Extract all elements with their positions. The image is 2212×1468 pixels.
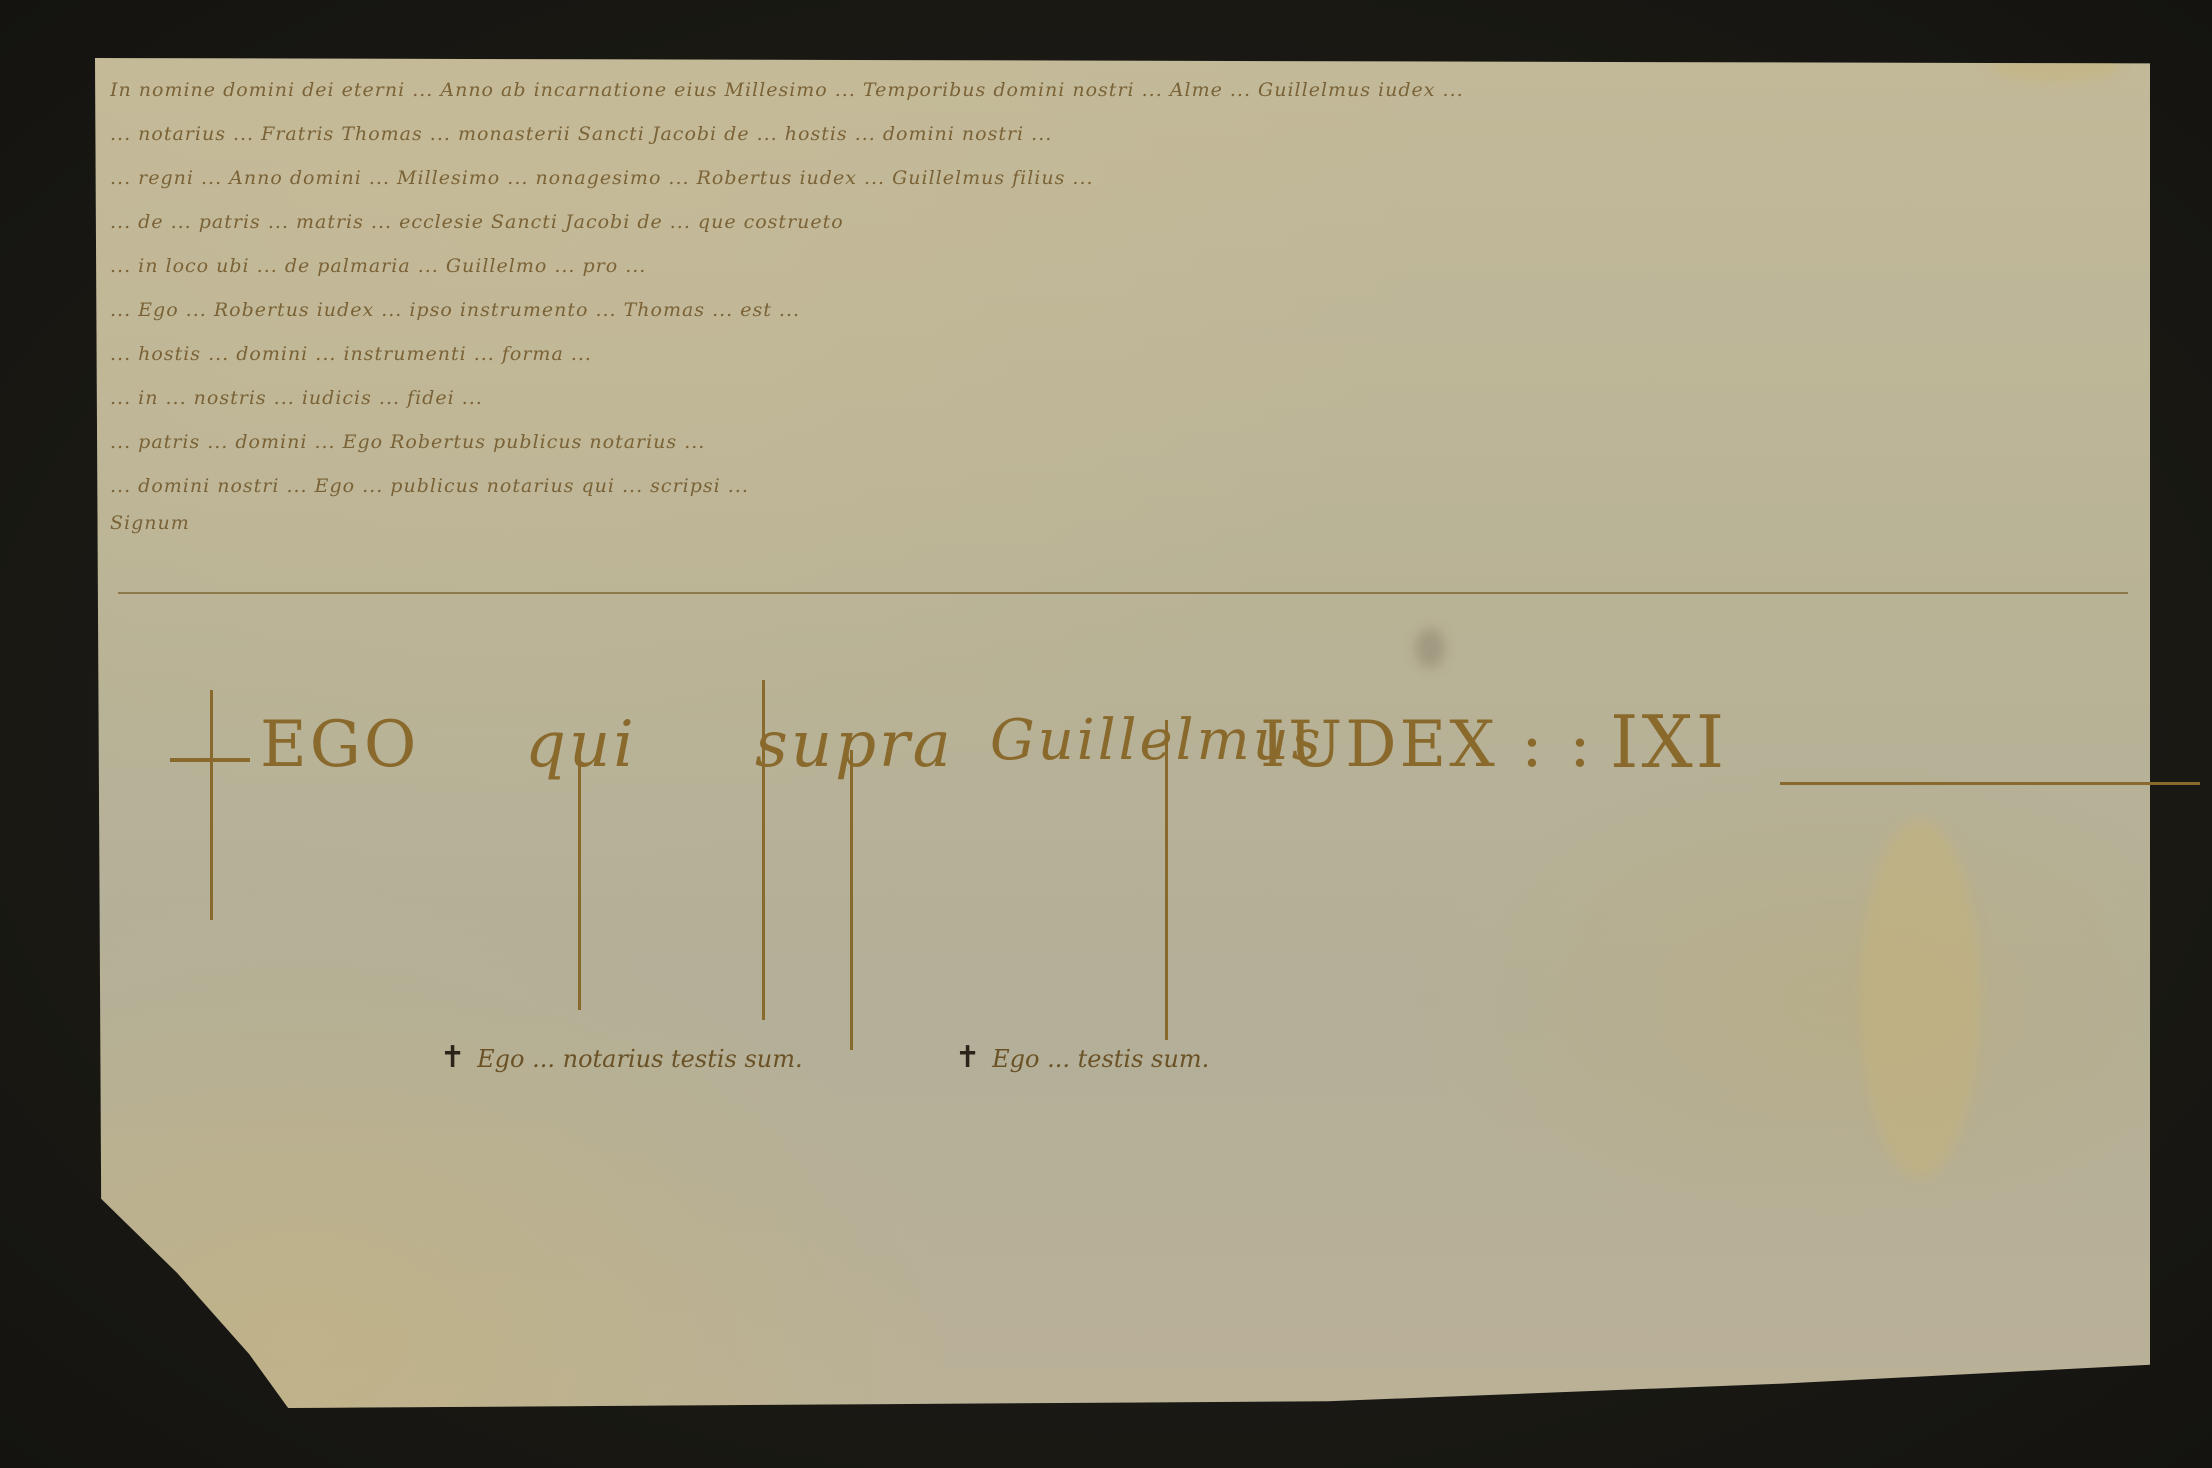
cross-icon: ✝ bbox=[955, 1040, 980, 1075]
witness-1: ✝Ego ... notarius testis sum. bbox=[440, 1040, 803, 1075]
text-line: In nomine domini dei eterni ... Anno ab … bbox=[110, 68, 2130, 112]
descender-stroke bbox=[762, 680, 765, 1020]
text-line: ... in loco ubi ... de palmaria ... Guil… bbox=[110, 244, 2130, 288]
text-line: ... in ... nostris ... iudicis ... fidei… bbox=[110, 376, 2130, 420]
witness-2: ✝Ego ... testis sum. bbox=[955, 1040, 1209, 1075]
subscription-ego: EGO bbox=[260, 708, 419, 782]
text-line: ... hostis ... domini ... instrumenti ..… bbox=[110, 332, 2130, 376]
text-line: ... de ... patris ... matris ... ecclesi… bbox=[110, 200, 2130, 244]
signum-line: Signum bbox=[110, 508, 2130, 538]
signum-rule-line bbox=[118, 592, 2128, 594]
descender-stroke bbox=[850, 750, 853, 1050]
signum-word: Signum bbox=[110, 512, 190, 534]
subscription-monogram: IXI bbox=[1610, 700, 1727, 784]
text-line: ... notarius ... Fratris Thomas ... mona… bbox=[110, 112, 2130, 156]
cross-signum-icon bbox=[160, 690, 260, 930]
descender-stroke bbox=[578, 750, 581, 1010]
descender-stroke bbox=[1165, 720, 1168, 1040]
small-stain-center bbox=[1415, 628, 1445, 668]
subscription-supra: supra bbox=[755, 708, 954, 782]
charter-body-text: In nomine domini dei eterni ... Anno ab … bbox=[110, 68, 2130, 538]
text-line: ... patris ... domini ... Ego Robertus p… bbox=[110, 420, 2130, 464]
text-line: ... Ego ... Robertus iudex ... ipso inst… bbox=[110, 288, 2130, 332]
subscription-iudex: IUDEX : : bbox=[1260, 708, 1594, 782]
cross-icon: ✝ bbox=[440, 1040, 465, 1075]
text-line: ... domini nostri ... Ego ... publicus n… bbox=[110, 464, 2130, 508]
subscription-rule bbox=[1780, 782, 2200, 785]
text-line: ... regni ... Anno domini ... Millesimo … bbox=[110, 156, 2130, 200]
